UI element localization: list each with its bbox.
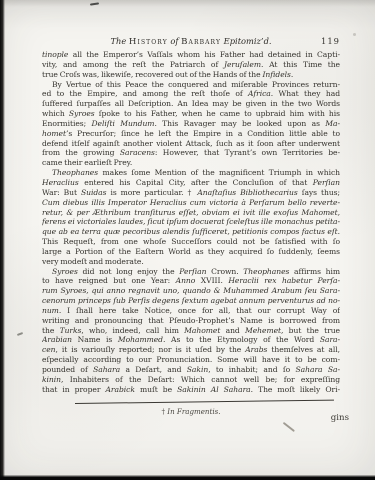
text-line: true Croſs was, likewiſe, recovered out …	[42, 70, 340, 80]
running-title-part: History	[129, 37, 168, 47]
text-line: ferens ei victoriales laudes, ſicut ipſu…	[42, 217, 340, 227]
running-title-part: Epitomiz’d.	[221, 36, 271, 46]
running-title-part: The	[110, 36, 128, 46]
running-header: The History of Barbary Epitomiz’d. 119	[42, 36, 340, 47]
text-line: Enormities; Deliſti Mundum. This Ravager…	[42, 119, 340, 129]
text-line: Heraclius entered his Capital City, afte…	[42, 178, 340, 188]
running-title-part: Barbary	[181, 37, 221, 47]
text-line: pounded of Sahara a Deſart, and Sakin, t…	[42, 365, 340, 375]
text-line: rum Syroes, qui anno regnavit uno, quand…	[42, 286, 340, 296]
text-line: This Requeſt, from one whoſe Succeſſors …	[42, 237, 340, 247]
body-text: tinople all the Emperor’s Vaſſals whom h…	[42, 50, 340, 395]
text-line: ed to the Empire, and among the reſt tho…	[42, 89, 340, 99]
text-line: defend itſelf againſt another violent At…	[42, 139, 340, 149]
book-binding-edge	[0, 0, 5, 480]
scanned-book-page: The History of Barbary Epitomiz’d. 119 t…	[0, 0, 375, 480]
text-line: Arabian Name is Mohammed. As to the Etym…	[42, 335, 340, 345]
text-line: from the growing Saracens: However, that…	[42, 148, 340, 158]
text-line: Syroes did not long enjoy the Perſian Cr…	[42, 267, 340, 277]
scan-mark	[283, 422, 295, 432]
page-top-edge-shadow	[0, 0, 375, 7]
text-line: Theophanes makes ſome Mention of the mag…	[42, 168, 340, 178]
text-line: kinin, Inhabiters of the Deſart: Which c…	[42, 375, 340, 385]
text-line: tinople all the Emperor’s Vaſſals whom h…	[42, 50, 340, 60]
text-line: num. I ſhall here take Notice, once for …	[42, 306, 340, 316]
text-line: large a Portion of the Eaſtern World as …	[42, 247, 340, 257]
running-title-part: of	[168, 36, 181, 46]
text-line: writing and pronouncing that Pſeudo-Prop…	[42, 316, 340, 326]
scan-mark	[17, 332, 23, 336]
text-line: to have reigned but one Year: Anno XVIII…	[42, 276, 340, 286]
text-line: By Vertue of this Peace the conquered an…	[42, 80, 340, 90]
text-line: homet’s Precurſor; ſince he left the Emp…	[42, 129, 340, 139]
text-line: vity, and among the reſt the Patriarch o…	[42, 60, 340, 70]
page-bottom-edge	[0, 475, 375, 480]
text-line: very modeſt and moderate.	[42, 257, 340, 267]
running-title: The History of Barbary Epitomiz’d.	[110, 36, 271, 46]
text-line: cen, it is variouſly reported; nor is it…	[42, 345, 340, 355]
text-line: that in proper Arabick muſt be Sakinin A…	[42, 385, 340, 395]
text-line: cenorum princeps ſub Perſis degens ſextu…	[42, 296, 340, 306]
footnote: † In Fragmentis.	[42, 407, 340, 416]
text-line: que ab ea terra quæ pecoribus alendis ſu…	[42, 227, 340, 237]
text-line: ſuffered ſurpaſſes all Deſcription. An I…	[42, 99, 340, 109]
catchword: gins	[331, 413, 349, 423]
text-line: War: But Suidas is more particular. † An…	[42, 188, 340, 198]
text-line: which Syroes ſpoke to his Father, when h…	[42, 109, 340, 119]
text-line: came their earlieſt Prey.	[42, 158, 340, 168]
footnote-divider	[75, 400, 334, 405]
text-line: eſpecially according to our Pronunciatio…	[42, 355, 340, 365]
text-line: Cum diebus illis Imperator Heraclius cum…	[42, 198, 340, 208]
page-number: 119	[321, 36, 340, 46]
text-line: retur, & per Æthribum tranſiturus eſſet,…	[42, 208, 340, 218]
scan-mark	[353, 33, 356, 36]
text-line: the Turks, who, indeed, call him Mahomet…	[42, 326, 340, 336]
